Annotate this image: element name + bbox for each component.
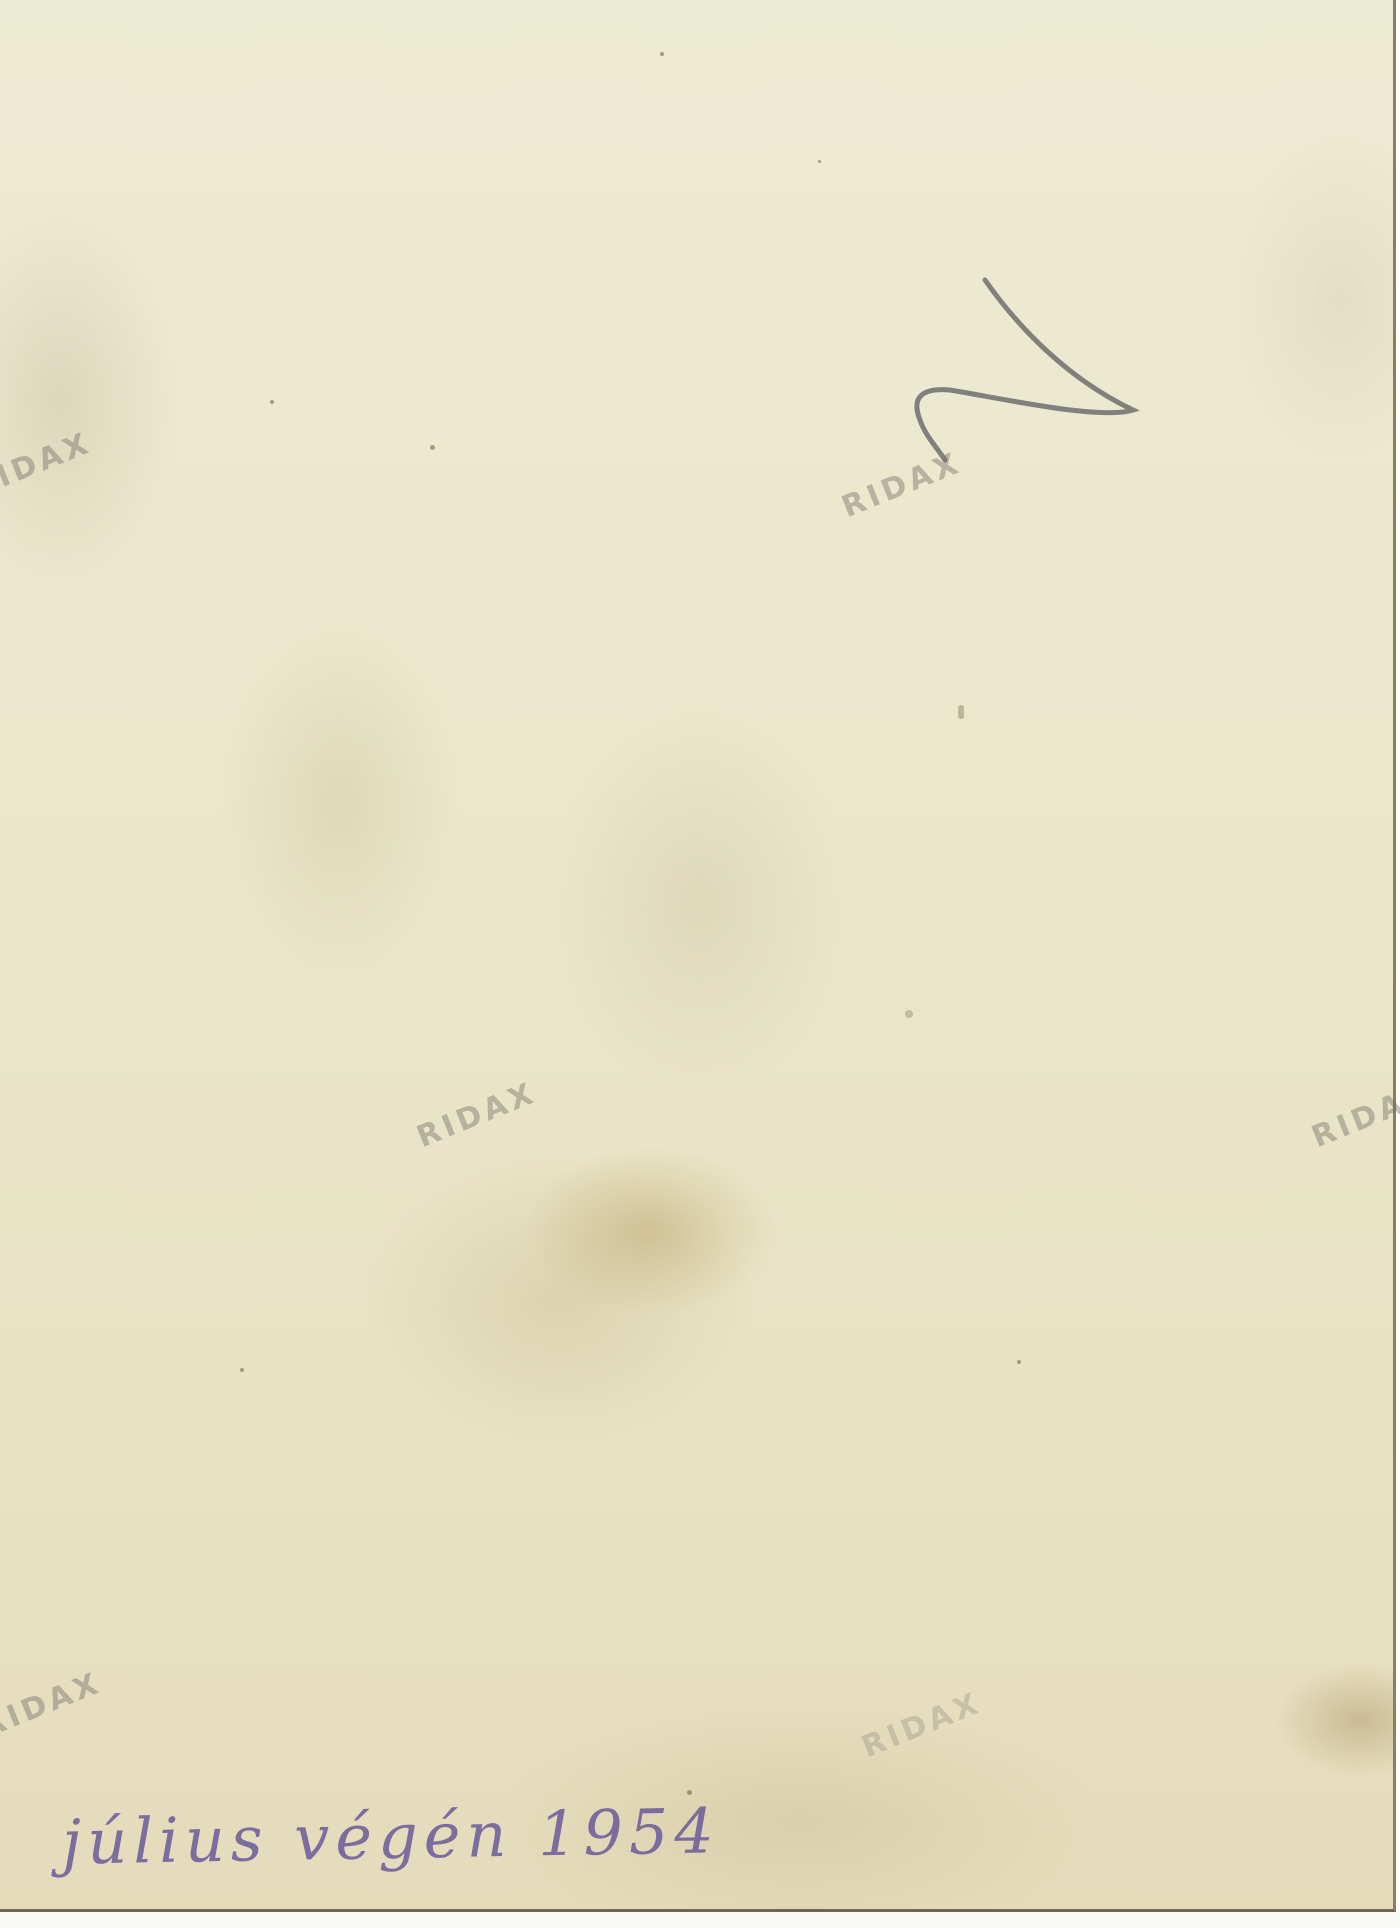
photo-back-card: RIDAX RIDAX RIDAX RIDAX RIDAX RIDAX júli…	[0, 0, 1396, 1912]
ridax-watermark: RIDAX	[412, 1076, 541, 1155]
ridax-watermark: RIDAX	[1307, 1076, 1400, 1155]
pencil-checkmark-icon	[890, 270, 1150, 470]
ridax-watermark: RIDAX	[0, 1666, 106, 1745]
handwritten-date: július végén 1954	[61, 1794, 720, 1878]
scan-background	[0, 1912, 1400, 1928]
ridax-watermark: RIDAX	[0, 426, 96, 505]
ridax-watermark: RIDAX	[857, 1686, 986, 1765]
